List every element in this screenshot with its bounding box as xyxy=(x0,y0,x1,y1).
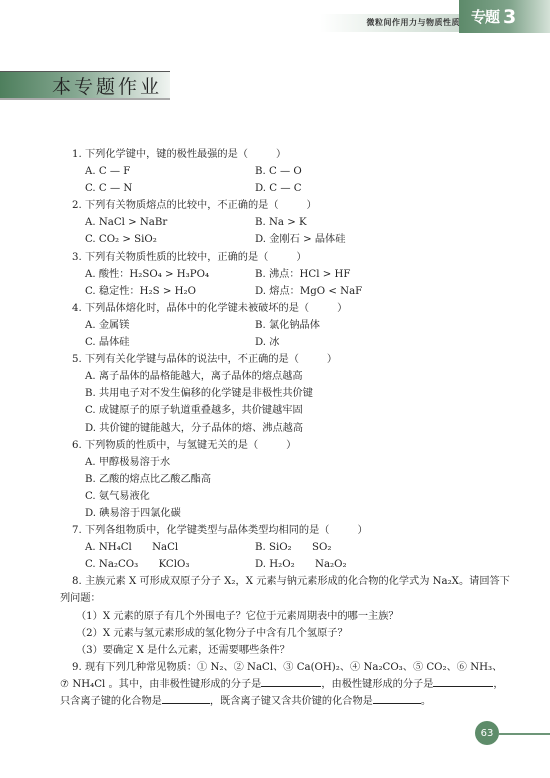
answer-blank-2[interactable] xyxy=(433,677,493,687)
option-d: D. C — C xyxy=(255,180,425,197)
question-5: 5. 下列有关化学键与晶体的说法中，不正确的是（） A. 离子晶体的晶格能越大，… xyxy=(72,351,512,436)
question-stem: 5. 下列有关化学键与晶体的说法中，不正确的是（ xyxy=(72,354,299,365)
page-number-rule xyxy=(498,733,550,735)
question-stem: 9. 现有下列几种常见物质：① N₂、② NaCl、③ Ca(OH)₂、④ Na… xyxy=(72,659,512,676)
question-stem: 1. 下列化学键中，键的极性最强的是（ xyxy=(72,149,248,160)
option-c: C. CO₂ > SiO₂ xyxy=(85,231,255,248)
option-a: A. 酸性：H₂SO₄ > H₃PO₄ xyxy=(85,266,255,283)
option-b: B. 沸点：HCl > HF xyxy=(255,266,425,283)
option-c: C. 晶体硅 xyxy=(85,334,255,351)
option-c: C. 稳定性：H₂S > H₂O xyxy=(85,283,255,300)
answer-blank-1[interactable] xyxy=(261,677,321,687)
option-b: B. SiO₂ SO₂ xyxy=(255,539,425,556)
sub-question-2: （2）X 元素与氢元素形成的氢化物分子中含有几个氢原子？ xyxy=(72,625,512,642)
sub-question-1: （1）X 元素的原子有几个外围电子？它位于元素周期表中的哪一主族？ xyxy=(72,608,512,625)
question-stem: 7. 下列各组物质中，化学键类型与晶体类型均相同的是（ xyxy=(72,525,329,536)
section-title-banner: 本专题作业 xyxy=(0,71,170,100)
option-b: B. 共用电子对不发生偏移的化学键是非极性共价键 xyxy=(85,385,512,402)
option-b: B. 氯化钠晶体 xyxy=(255,317,425,334)
option-b: B. 乙酸的熔点比乙酸乙酯高 xyxy=(85,471,512,488)
answer-blank-3[interactable] xyxy=(162,694,210,704)
question-stem: 4. 下列晶体熔化时，晶体中的化学键未被破坏的是（ xyxy=(72,303,309,314)
answer-blank-4[interactable] xyxy=(373,694,421,704)
option-d: D. 共价键的键能越大，分子晶体的熔、沸点越高 xyxy=(85,420,512,437)
option-d: D. 熔点：MgO < NaF xyxy=(255,283,425,300)
option-b: B. Na > K xyxy=(255,214,425,231)
question-1: 1. 下列化学键中，键的极性最强的是（） A. C — F B. C — O C… xyxy=(72,146,512,197)
option-d: D. 碘易溶于四氯化碳 xyxy=(85,505,512,522)
topic-label: 专题 xyxy=(471,6,499,27)
question-3: 3. 下列有关物质性质的比较中，正确的是（） A. 酸性：H₂SO₄ > H₃P… xyxy=(72,249,512,300)
question-stem: 2. 下列有关物质熔点的比较中，不正确的是（ xyxy=(72,200,279,211)
option-d: D. 金刚石 > 晶体硅 xyxy=(255,231,425,248)
option-a: A. C — F xyxy=(85,163,255,180)
option-a: A. 甲醇极易溶于水 xyxy=(85,454,512,471)
question-stem: 6. 下列物质的性质中，与氢键无关的是（ xyxy=(72,440,258,451)
section-title: 本专题作业 xyxy=(52,72,162,99)
chapter-subtitle: 微粒间作用力与物质性质 xyxy=(350,17,460,28)
option-d: D. H₂O₂ Na₂O₂ xyxy=(255,556,425,573)
option-a: A. 金属镁 xyxy=(85,317,255,334)
question-6: 6. 下列物质的性质中，与氢键无关的是（） A. 甲醇极易溶于水 B. 乙酸的熔… xyxy=(72,437,512,522)
question-stem: 3. 下列有关物质性质的比较中，正确的是（ xyxy=(72,252,268,263)
question-7: 7. 下列各组物质中，化学键类型与晶体类型均相同的是（） A. NH₄Cl Na… xyxy=(72,522,512,573)
topic-tab: 专题 3 xyxy=(459,0,550,33)
page-number: 63 xyxy=(475,721,499,745)
option-a: A. NaCl > NaBr xyxy=(85,214,255,231)
question-4: 4. 下列晶体熔化时，晶体中的化学键未被破坏的是（） A. 金属镁 B. 氯化钠… xyxy=(72,300,512,351)
option-a: A. 离子晶体的晶格能越大，离子晶体的熔点越高 xyxy=(85,368,512,385)
option-c: C. 成键原子的原子轨道重叠越多，共价键越牢固 xyxy=(85,402,512,419)
option-c: C. C — N xyxy=(85,180,255,197)
question-2: 2. 下列有关物质熔点的比较中，不正确的是（） A. NaCl > NaBr B… xyxy=(72,197,512,248)
option-c: C. Na₂CO₃ KClO₃ xyxy=(85,556,255,573)
option-c: C. 氨气易液化 xyxy=(85,488,512,505)
option-d: D. 冰 xyxy=(255,334,425,351)
option-a: A. NH₄Cl NaCl xyxy=(85,539,255,556)
sub-question-3: （3）要确定 X 是什么元素，还需要哪些条件？ xyxy=(72,642,512,659)
option-b: B. C — O xyxy=(255,163,425,180)
question-9: 9. 现有下列几种常见物质：① N₂、② NaCl、③ Ca(OH)₂、④ Na… xyxy=(72,659,512,710)
topic-number: 3 xyxy=(503,6,516,28)
question-stem: 8. 主族元素 X 可形成双原子分子 X₂，X 元素与钠元素形成的化合物的化学式… xyxy=(60,573,512,607)
question-8: 8. 主族元素 X 可形成双原子分子 X₂，X 元素与钠元素形成的化合物的化学式… xyxy=(72,573,512,658)
exercise-list: 1. 下列化学键中，键的极性最强的是（） A. C — F B. C — O C… xyxy=(72,146,512,710)
